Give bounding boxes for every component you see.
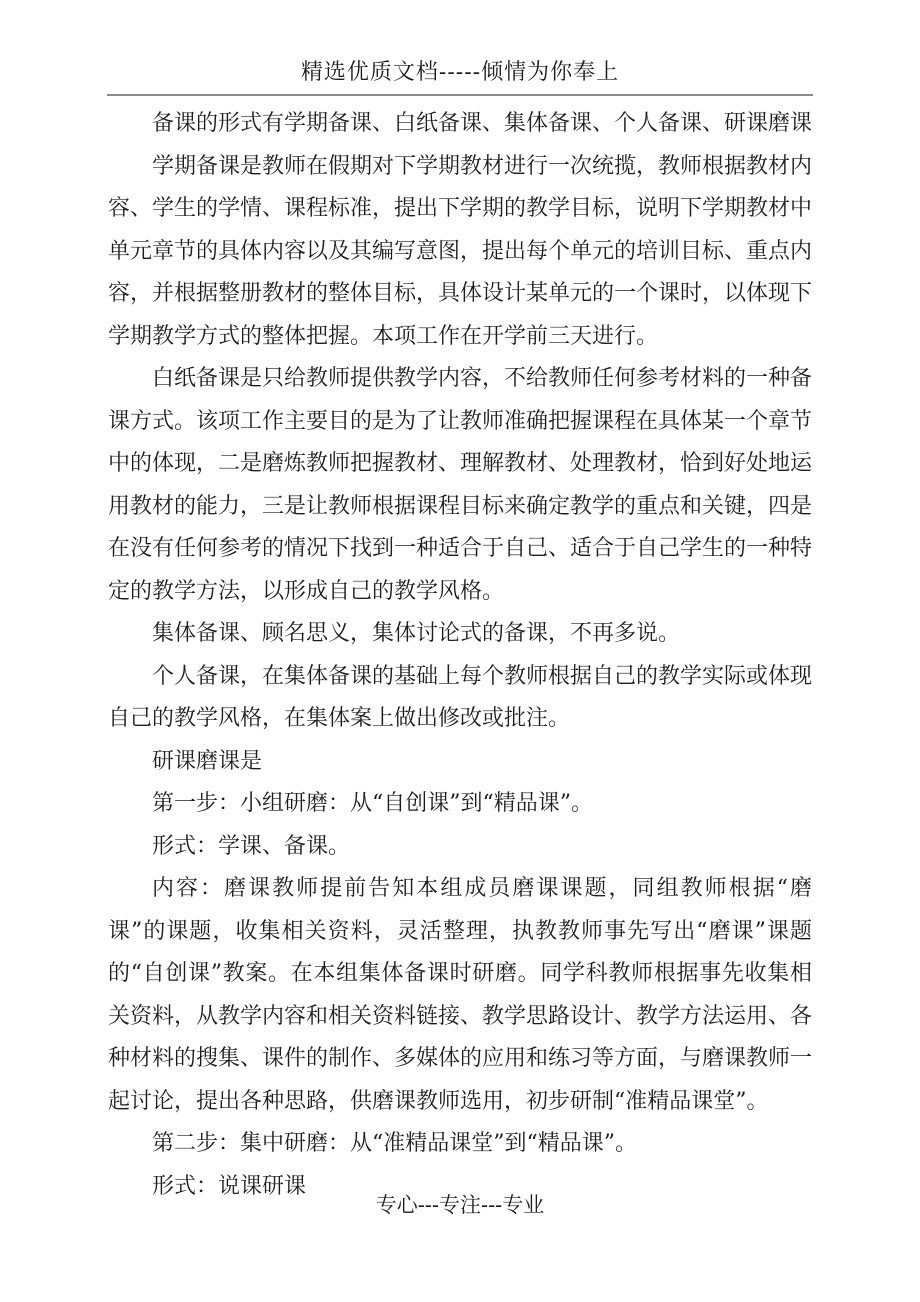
document-page: 精选优质文档-----倾情为你奉上 备课的形式有学期备课、白纸备课、集体备课、个… [0,0,920,1302]
paragraph: 研课磨课是 [108,741,812,784]
paragraph: 第一步：小组研磨：从“自创课”到“精品课”。 [108,783,812,826]
footer-text: 专心---专注---专业 [376,1193,545,1217]
paragraph: 个人备课，在集体备课的基础上每个教师根据自己的教学实际或体现自己的教学风格，在集… [108,656,812,741]
page-header: 精选优质文档-----倾情为你奉上 [107,58,813,96]
header-rule [107,94,813,96]
paragraph: 备课的形式有学期备课、白纸备课、集体备课、个人备课、研课磨课 [108,103,812,146]
paragraph: 集体备课、顾名思义，集体讨论式的备课，不再多说。 [108,613,812,656]
document-body: 备课的形式有学期备课、白纸备课、集体备课、个人备课、研课磨课 学期备课是教师在假… [108,103,812,1208]
paragraph: 第二步：集中研磨：从“准精品课堂”到“精品课”。 [108,1123,812,1166]
paragraph: 学期备课是教师在假期对下学期教材进行一次统揽，教师根据教材内容、学生的学情、课程… [108,146,812,359]
paragraph: 内容：磨课教师提前告知本组成员磨课课题，同组教师根据“磨课”的课题，收集相关资料… [108,868,812,1123]
paragraph: 形式：学课、备课。 [108,826,812,869]
header-title: 精选优质文档-----倾情为你奉上 [107,58,813,88]
paragraph: 白纸备课是只给教师提供教学内容，不给教师任何参考材料的一种备课方式。该项工作主要… [108,358,812,613]
page-footer: 专心---专注---专业 [0,1192,920,1218]
